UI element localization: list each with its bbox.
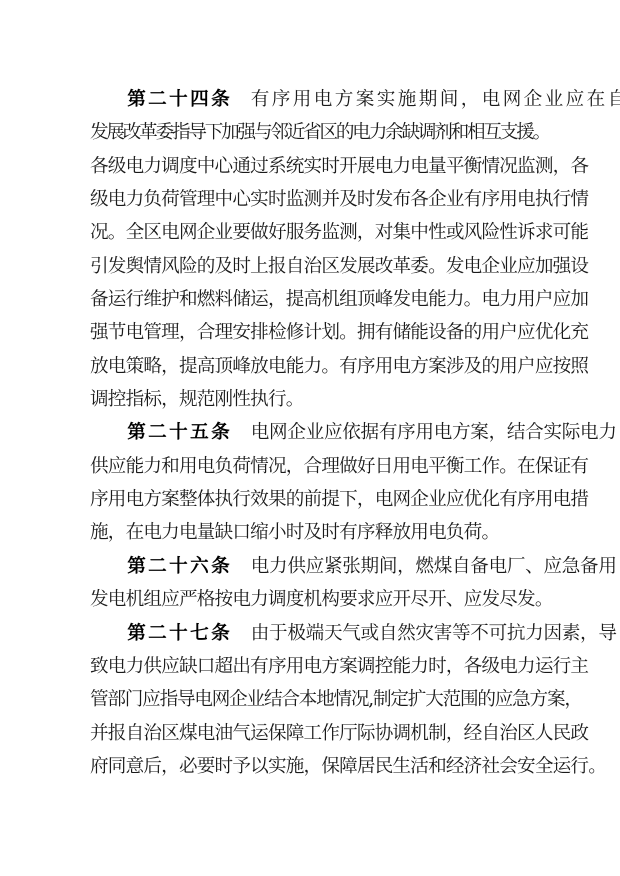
text-line: 供应能力和用电负荷情况，合理做好日用电平衡工作。在保证有 bbox=[90, 450, 538, 483]
text-line: 第二十五条电网企业应依据有序用电方案，结合实际电力 bbox=[90, 416, 538, 449]
article-27: 第二十七条由于极端天气或自然灾害等不可抗力因素，导 致电力供应缺口超出有序用电方… bbox=[90, 617, 538, 784]
text-line: 施，在电力电量缺口缩小时及时有序释放用电负荷。 bbox=[90, 516, 538, 549]
article-number: 第二十五条 bbox=[127, 422, 232, 443]
text-line: 管部门应指导电网企业结合本地情况,制定扩大范围的应急方案， bbox=[90, 683, 538, 716]
text-line: 第二十六条电力供应紧张期间，燃煤自备电厂、应急备用 bbox=[90, 550, 538, 583]
text-line: 府同意后，必要时予以实施，保障居民生活和经济社会安全运行。 bbox=[90, 750, 538, 783]
text-line: 并报自治区煤电油气运保障工作厅际协调机制，经自治区人民政 bbox=[90, 717, 538, 750]
text-line: 发展改革委指导下加强与邻近省区的电力余缺调剂和相互支援。 bbox=[90, 116, 538, 149]
text-line: 引发舆情风险的及时上报自治区发展改革委。发电企业应加强设 bbox=[90, 250, 538, 283]
article-number: 第二十六条 bbox=[127, 556, 232, 577]
article-26: 第二十六条电力供应紧张期间，燃煤自备电厂、应急备用 发电机组应严格按电力调度机构… bbox=[90, 550, 538, 617]
article-24: 第二十四条有序用电方案实施期间，电网企业应在自治区 发展改革委指导下加强与邻近省… bbox=[90, 83, 538, 416]
text-line: 放电策略，提高顶峰放电能力。有序用电方案涉及的用户应按照 bbox=[90, 350, 538, 383]
text-line: 调控指标，规范刚性执行。 bbox=[90, 383, 538, 416]
text-line: 备运行维护和燃料储运，提高机组顶峰发电能力。电力用户应加 bbox=[90, 283, 538, 316]
text-line: 级电力负荷管理中心实时监测并及时发布各企业有序用电执行情 bbox=[90, 183, 538, 216]
text-line: 强节电管理，合理安排检修计划。拥有储能设备的用户应优化充 bbox=[90, 316, 538, 349]
text-line: 第二十四条有序用电方案实施期间，电网企业应在自治区 bbox=[90, 83, 538, 116]
article-number: 第二十四条 bbox=[127, 89, 232, 110]
text-line: 序用电方案整体执行效果的前提下，电网企业应优化有序用电措 bbox=[90, 483, 538, 516]
article-number: 第二十七条 bbox=[127, 623, 232, 644]
text-line: 各级电力调度中心通过系统实时开展电力电量平衡情况监测，各 bbox=[90, 150, 538, 183]
document-page: 第二十四条有序用电方案实施期间，电网企业应在自治区 发展改革委指导下加强与邻近省… bbox=[90, 83, 538, 783]
text-line: 况。全区电网企业要做好服务监测，对集中性或风险性诉求可能 bbox=[90, 216, 538, 249]
text-line: 致电力供应缺口超出有序用电方案调控能力时，各级电力运行主 bbox=[90, 650, 538, 683]
article-25: 第二十五条电网企业应依据有序用电方案，结合实际电力 供应能力和用电负荷情况，合理… bbox=[90, 416, 538, 549]
text-line: 第二十七条由于极端天气或自然灾害等不可抗力因素，导 bbox=[90, 617, 538, 650]
text-line: 发电机组应严格按电力调度机构要求应开尽开、应发尽发。 bbox=[90, 583, 538, 616]
